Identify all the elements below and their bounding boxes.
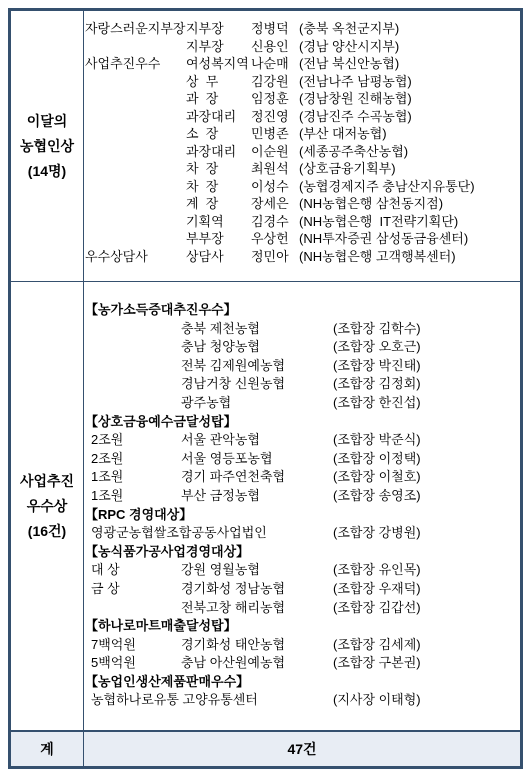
- award-category: [85, 108, 186, 126]
- award-category: [85, 195, 186, 213]
- award-table: 이달의 농협인상 (14명) 자랑스러운지부장지부장정병덕(충북 옥천군지부)지…: [8, 8, 523, 769]
- awardee-affiliation: (경남진주 수곡농협): [299, 108, 520, 126]
- winner-name: 강원 영월농협: [181, 561, 333, 580]
- awardee-name: 나순매: [251, 55, 299, 73]
- monthly-entry: 과장대리이순원(세종공주축산농협): [84, 143, 520, 161]
- winner-name: 전북 김제원예농협: [181, 357, 333, 376]
- monthly-entry: 계 장장세은(NH농협은행 삼천동지점): [84, 195, 520, 213]
- award-category: [85, 125, 186, 143]
- awardee-name: 정민아: [251, 248, 299, 266]
- winner-representative: (조합장 박진태): [333, 357, 520, 376]
- business-entry: 영광군농협쌀조합공동사업법인(조합장 강병원): [84, 524, 520, 543]
- awardee-title: 과장대리: [186, 143, 251, 161]
- business-entry: 1조원부산 금정농협(조합장 송영조): [84, 487, 520, 506]
- winner-representative: (조합장 유인목): [333, 561, 520, 580]
- awardee-affiliation: (부산 대저농협): [299, 125, 520, 143]
- monthly-award-label-line2: 농협인상: [20, 134, 74, 159]
- awardee-title: 상담사: [186, 248, 251, 266]
- awardee-name: 우상헌: [251, 230, 299, 248]
- monthly-award-row: 이달의 농협인상 (14명) 자랑스러운지부장지부장정병덕(충북 옥천군지부)지…: [11, 11, 520, 282]
- awardee-name: 이순원: [251, 143, 299, 161]
- business-entry: 충북 제천농협(조합장 김학수): [84, 320, 520, 339]
- business-entry: 충남 청양농협(조합장 오호근): [84, 338, 520, 357]
- awardee-affiliation: (전남 북신안농협): [299, 55, 520, 73]
- section-header: 【상호금융예수금달성탑】: [84, 413, 520, 432]
- winner-representative: (조합장 오호근): [333, 338, 520, 357]
- winner-name: 농협하나로유통 고양유통센터: [85, 691, 333, 710]
- winner-name: 경기화성 태안농협: [181, 636, 333, 655]
- monthly-entry: 차 장최원석(상호금융기획부): [84, 160, 520, 178]
- awardee-affiliation: (세종공주축산농협): [299, 143, 520, 161]
- monthly-award-label-line1: 이달의: [27, 109, 68, 134]
- award-grade: 2조원: [85, 450, 181, 469]
- monthly-entry: 우수상담사상담사정민아(NH농협은행 고객행복센터): [84, 248, 520, 266]
- winner-representative: (조합장 우재덕): [333, 580, 520, 599]
- winner-name: 충남 아산원예농협: [181, 654, 333, 673]
- award-grade: [85, 394, 181, 413]
- total-row: 계 47건: [11, 732, 520, 766]
- award-grade: [85, 320, 181, 339]
- awardee-title: 차 장: [186, 160, 251, 178]
- monthly-entry: 소 장민병존(부산 대저농협): [84, 125, 520, 143]
- business-entry: 7백억원경기화성 태안농협(조합장 김세제): [84, 636, 520, 655]
- monthly-entry: 기획역김경수(NH농협은행 IT전략기획단): [84, 213, 520, 231]
- winner-representative: (조합장 송영조): [333, 487, 520, 506]
- award-category: [85, 230, 186, 248]
- award-category: [85, 73, 186, 91]
- monthly-entry: 사업추진우수여성복지역나순매(전남 북신안농협): [84, 55, 520, 73]
- winner-representative: (조합장 박준식): [333, 431, 520, 450]
- awardee-title: 소 장: [186, 125, 251, 143]
- awardee-name: 김강원: [251, 73, 299, 91]
- business-award-label-line2: 우수상: [27, 494, 68, 519]
- winner-name: 전북고창 해리농협: [181, 599, 333, 618]
- awardee-title: 여성복지역: [186, 55, 251, 73]
- business-entry: 1조원경기 파주연천축협(조합장 이철호): [84, 468, 520, 487]
- award-category: 자랑스러운지부장: [85, 20, 186, 38]
- award-grade: 7백억원: [85, 636, 181, 655]
- business-entry: 농협하나로유통 고양유통센터(지사장 이태형): [84, 691, 520, 710]
- business-entry: 5백억원충남 아산원예농협(조합장 구본권): [84, 654, 520, 673]
- winner-name: 충북 제천농협: [181, 320, 333, 339]
- awardee-name: 김경수: [251, 213, 299, 231]
- awardee-title: 지부장: [186, 38, 251, 56]
- monthly-entry: 과장대리정진영(경남진주 수곡농협): [84, 108, 520, 126]
- award-grade: 5백억원: [85, 654, 181, 673]
- award-grade: 2조원: [85, 431, 181, 450]
- winner-representative: (조합장 강병원): [333, 524, 520, 543]
- award-grade: 1조원: [85, 468, 181, 487]
- awardee-title: 기획역: [186, 213, 251, 231]
- award-category: 우수상담사: [85, 248, 186, 266]
- award-grade: [85, 357, 181, 376]
- business-entry: 2조원서울 영등포농협(조합장 이정택): [84, 450, 520, 469]
- winner-representative: (조합장 김학수): [333, 320, 520, 339]
- awardee-name: 임정훈: [251, 90, 299, 108]
- monthly-entry: 자랑스러운지부장지부장정병덕(충북 옥천군지부): [84, 20, 520, 38]
- business-award-sections: 【농가소득증대추진우수】충북 제천농협(조합장 김학수)충남 청양농협(조합장 …: [84, 282, 520, 730]
- winner-name: 경남거창 신원농협: [181, 375, 333, 394]
- awardee-name: 신용인: [251, 38, 299, 56]
- winner-representative: (조합장 구본권): [333, 654, 520, 673]
- award-category: 사업추진우수: [85, 55, 186, 73]
- business-entry: 경남거창 신원농협(조합장 김정회): [84, 375, 520, 394]
- awardee-name: 정병덕: [251, 20, 299, 38]
- awardee-title: 과장대리: [186, 108, 251, 126]
- award-grade: 대 상: [85, 561, 181, 580]
- business-entry: 2조원서울 관악농협(조합장 박준식): [84, 431, 520, 450]
- winner-name: 충남 청양농협: [181, 338, 333, 357]
- monthly-entry: 부부장우상헌(NH투자증권 삼성동금융센터): [84, 230, 520, 248]
- awardee-title: 지부장: [186, 20, 251, 38]
- monthly-award-label-line3: (14명): [28, 159, 66, 184]
- award-grade: [85, 375, 181, 394]
- award-category: [85, 213, 186, 231]
- award-category: [85, 178, 186, 196]
- awardee-title: 계 장: [186, 195, 251, 213]
- winner-name: 경기화성 정남농협: [181, 580, 333, 599]
- winner-name: 부산 금정농협: [181, 487, 333, 506]
- awardee-affiliation: (NH농협은행 고객행복센터): [299, 248, 520, 266]
- monthly-entry: 과 장임정훈(경남창원 진해농협): [84, 90, 520, 108]
- winner-representative: (조합장 한진섭): [333, 394, 520, 413]
- award-category: [85, 90, 186, 108]
- winner-representative: (지사장 이태형): [333, 691, 520, 710]
- section-header: 【하나로마트매출달성탑】: [84, 617, 520, 636]
- awardee-affiliation: (상호금융기획부): [299, 160, 520, 178]
- awardee-title: 차 장: [186, 178, 251, 196]
- awardee-affiliation: (NH농협은행 IT전략기획단): [299, 213, 520, 231]
- awardee-title: 부부장: [186, 230, 251, 248]
- winner-representative: (조합장 이철호): [333, 468, 520, 487]
- award-category: [85, 160, 186, 178]
- monthly-award-entries: 자랑스러운지부장지부장정병덕(충북 옥천군지부)지부장신용인(경남 양산시지부)…: [84, 11, 520, 281]
- business-entry: 전북고창 해리농협(조합장 김갑선): [84, 599, 520, 618]
- section-header: 【농가소득증대추진우수】: [84, 301, 520, 320]
- winner-representative: (조합장 김갑선): [333, 599, 520, 618]
- total-label: 계: [11, 732, 84, 766]
- awardee-affiliation: (NH농협은행 삼천동지점): [299, 195, 520, 213]
- award-grade: 금 상: [85, 580, 181, 599]
- awardee-name: 민병존: [251, 125, 299, 143]
- awardee-affiliation: (경남창원 진해농협): [299, 90, 520, 108]
- winner-representative: (조합장 이정택): [333, 450, 520, 469]
- awardee-title: 상 무: [186, 73, 251, 91]
- awardee-name: 이성수: [251, 178, 299, 196]
- business-award-label-line3: (16건): [28, 519, 66, 544]
- awardee-affiliation: (충북 옥천군지부): [299, 20, 520, 38]
- business-award-label: 사업추진 우수상 (16건): [11, 282, 84, 730]
- award-grade: 1조원: [85, 487, 181, 506]
- monthly-award-label: 이달의 농협인상 (14명): [11, 11, 84, 281]
- awardee-affiliation: (전남나주 남평농협): [299, 73, 520, 91]
- award-category: [85, 38, 186, 56]
- winner-representative: (조합장 김정회): [333, 375, 520, 394]
- winner-name: 서울 관악농협: [181, 431, 333, 450]
- winner-name: 광주농협: [181, 394, 333, 413]
- business-award-label-line1: 사업추진: [20, 469, 74, 494]
- monthly-entry: 상 무김강원(전남나주 남평농협): [84, 73, 520, 91]
- winner-name: 경기 파주연천축협: [181, 468, 333, 487]
- awardee-name: 장세은: [251, 195, 299, 213]
- winner-name: 영광군농협쌀조합공동사업법인: [85, 524, 333, 543]
- awardee-name: 정진영: [251, 108, 299, 126]
- winner-representative: (조합장 김세제): [333, 636, 520, 655]
- award-grade: [85, 338, 181, 357]
- business-entry: 금 상경기화성 정남농협(조합장 우재덕): [84, 580, 520, 599]
- monthly-entry: 지부장신용인(경남 양산시지부): [84, 38, 520, 56]
- award-category: [85, 143, 186, 161]
- business-entry: 대 상강원 영월농협(조합장 유인목): [84, 561, 520, 580]
- business-entry: 광주농협(조합장 한진섭): [84, 394, 520, 413]
- awardee-name: 최원석: [251, 160, 299, 178]
- awardee-affiliation: (NH투자증권 삼성동금융센터): [299, 230, 520, 248]
- award-grade: [85, 599, 181, 618]
- awardee-affiliation: (농협경제지주 충남산지유통단): [299, 178, 520, 196]
- section-header: 【농식품가공사업경영대상】: [84, 543, 520, 562]
- winner-name: 서울 영등포농협: [181, 450, 333, 469]
- awardee-title: 과 장: [186, 90, 251, 108]
- business-award-row: 사업추진 우수상 (16건) 【농가소득증대추진우수】충북 제천농협(조합장 김…: [11, 282, 520, 732]
- section-header: 【농업인생산제품판매우수】: [84, 673, 520, 692]
- section-header: 【RPC 경영대상】: [84, 506, 520, 525]
- awardee-affiliation: (경남 양산시지부): [299, 38, 520, 56]
- business-entry: 전북 김제원예농협(조합장 박진태): [84, 357, 520, 376]
- total-value: 47건: [84, 732, 520, 766]
- monthly-entry: 차 장이성수(농협경제지주 충남산지유통단): [84, 178, 520, 196]
